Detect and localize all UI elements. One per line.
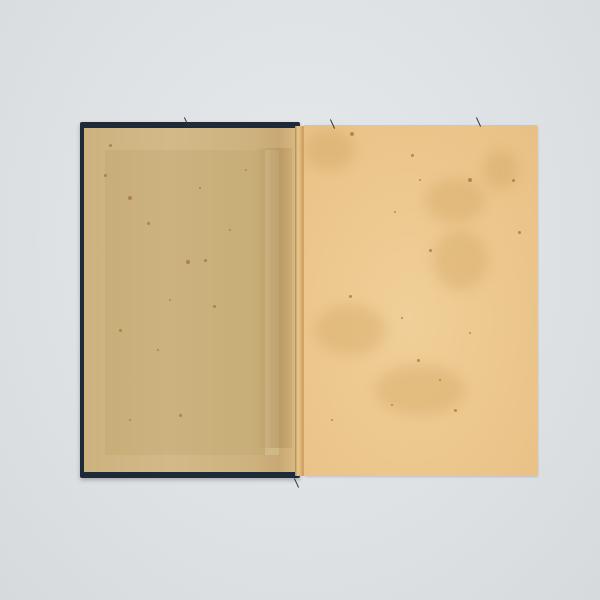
foxing-spot bbox=[394, 211, 396, 213]
foxing-spot bbox=[128, 196, 132, 200]
stain-blotch bbox=[315, 305, 385, 355]
stain-blotch bbox=[425, 178, 485, 223]
foxing-spot bbox=[199, 187, 201, 189]
photo-scene bbox=[0, 0, 600, 600]
foxing-spot bbox=[119, 329, 122, 332]
foxing-spot bbox=[245, 169, 247, 171]
stain-blotch bbox=[375, 365, 465, 415]
binding-thread bbox=[294, 478, 299, 487]
foxing-spot bbox=[468, 178, 472, 182]
foxing-spot bbox=[331, 419, 333, 421]
foxing-spot bbox=[518, 231, 521, 234]
foxing-spot bbox=[179, 414, 182, 417]
foxing-spot bbox=[213, 305, 216, 308]
foxing-spot bbox=[454, 409, 457, 412]
foxing-spot bbox=[401, 317, 403, 319]
foxing-spot bbox=[104, 174, 107, 177]
stain-blotch bbox=[305, 130, 355, 170]
foxing-spot bbox=[169, 299, 171, 301]
tide-stain bbox=[256, 148, 292, 448]
foxing-spot bbox=[129, 419, 131, 421]
foxing-spot bbox=[469, 332, 471, 334]
foxing-spot bbox=[512, 179, 515, 182]
left-endpaper bbox=[84, 128, 296, 472]
foxing-spot bbox=[229, 229, 231, 231]
foxing-spot bbox=[411, 154, 414, 157]
foxing-spot bbox=[439, 379, 441, 381]
stain-blotch bbox=[483, 150, 518, 190]
foxing-spot bbox=[186, 260, 190, 264]
foxing-spot bbox=[391, 404, 393, 406]
foxing-spot bbox=[204, 259, 207, 262]
foxing-spot bbox=[417, 359, 420, 362]
foxing-spot bbox=[350, 132, 354, 136]
foxing-spot bbox=[109, 144, 112, 147]
foxing-spot bbox=[349, 295, 352, 298]
foxing-spot bbox=[147, 222, 150, 225]
stain-blotch bbox=[433, 230, 488, 290]
foxing-spot bbox=[429, 249, 432, 252]
foxing-spot bbox=[157, 349, 159, 351]
foxing-spot bbox=[419, 179, 421, 181]
